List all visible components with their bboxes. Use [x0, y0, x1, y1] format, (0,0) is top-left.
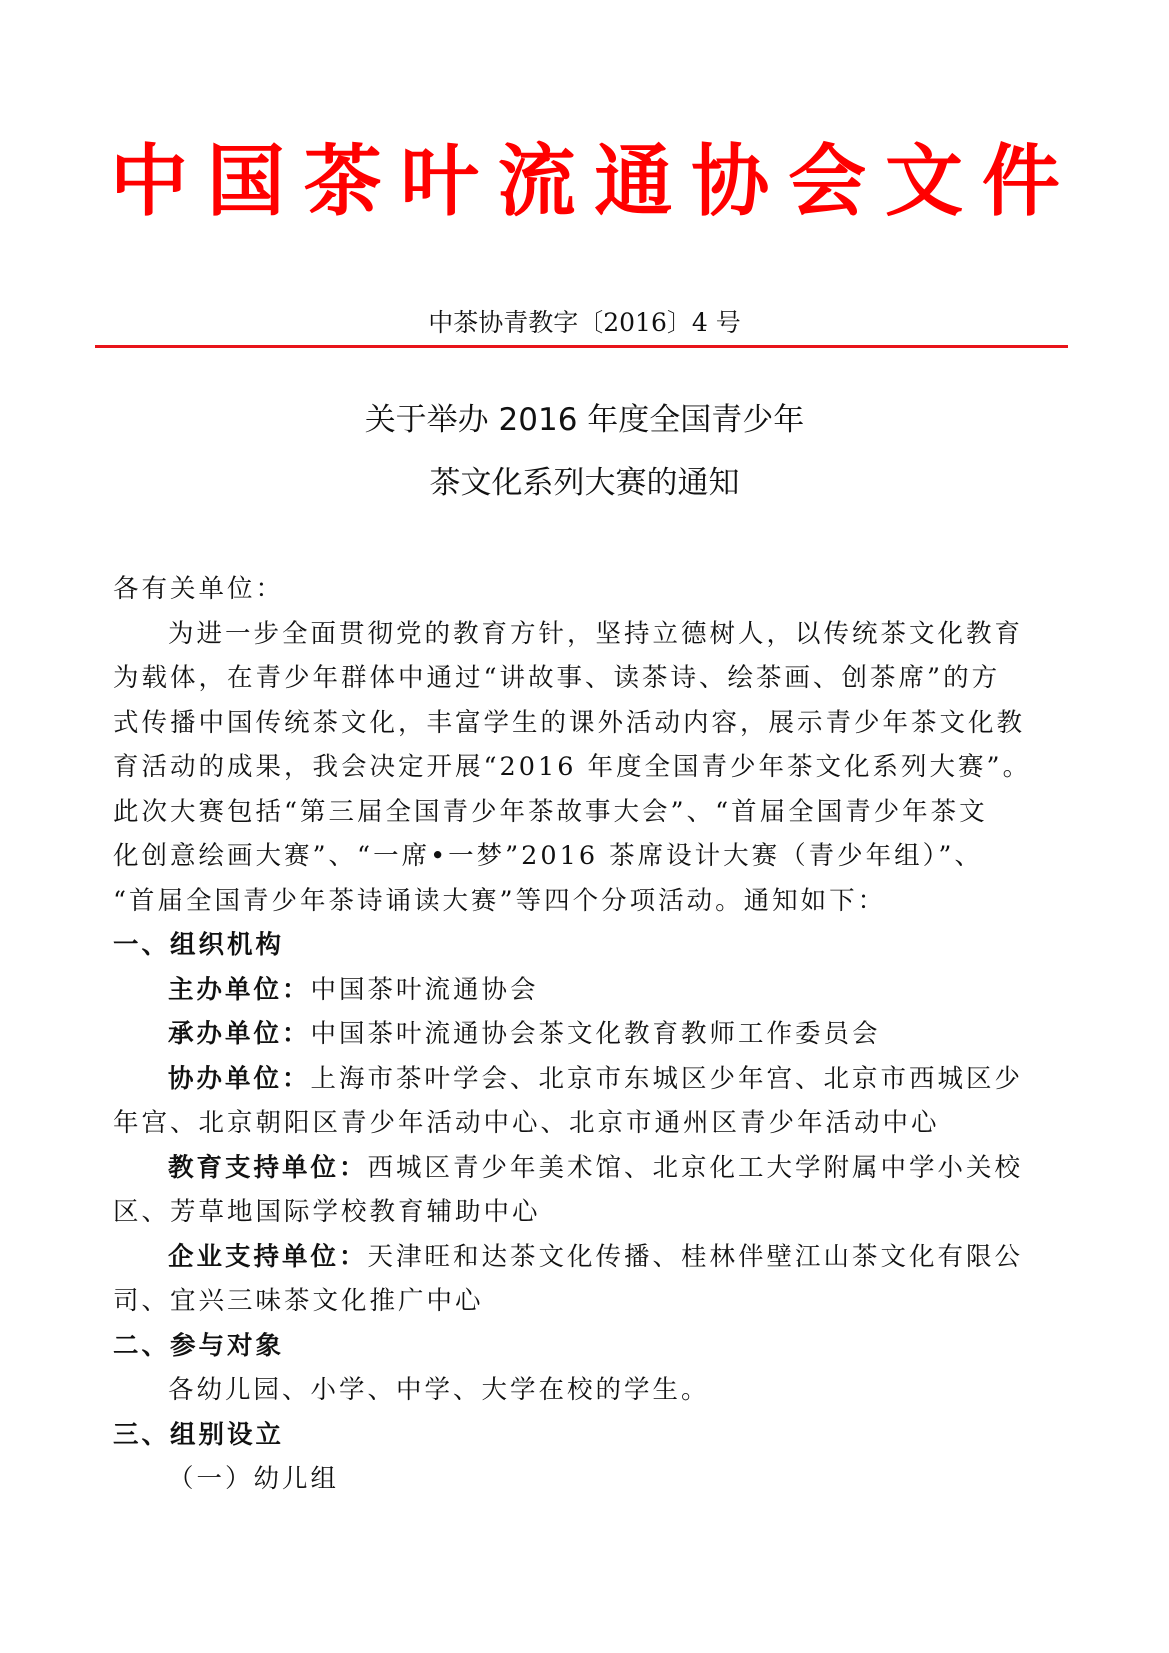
org-label: 主办单位： [168, 975, 311, 1005]
paragraph-line: 式传播中国传统茶文化，丰富学生的课外活动内容，展示青少年茶文化教 [113, 701, 1063, 746]
document-title-line-1: 关于举办 2016 年度全国青少年 [0, 400, 1169, 440]
salutation: 各有关单位： [113, 567, 1063, 612]
section-heading-organization: 一、组织机构 [113, 923, 1063, 968]
org-item-co-organizer: 协办单位：上海市茶叶学会、北京市东城区少年宫、北京市西城区少 [113, 1057, 1063, 1102]
org-value: 上海市茶叶学会、北京市东城区少年宫、北京市西城区少 [311, 1064, 1024, 1094]
paragraph-line: 化创意绘画大赛”、“一席•一梦”2016 茶席设计大赛（青少年组）”、 [113, 834, 1063, 879]
org-value-continued: 年宫、北京朝阳区青少年活动中心、北京市通州区青少年活动中心 [113, 1101, 1063, 1146]
masthead-char: 协 [691, 132, 769, 232]
org-label: 协办单位： [168, 1064, 311, 1094]
masthead-char: 件 [982, 132, 1060, 232]
paragraph-line: “首届全国青少年茶诗诵读大赛”等四个分项活动。通知如下： [113, 879, 1063, 924]
org-label: 承办单位： [168, 1019, 311, 1049]
section-heading-participants: 二、参与对象 [113, 1324, 1063, 1369]
document-page: 中 国 茶 叶 流 通 协 会 文 件 中茶协青教字〔2016〕4 号 关于举办… [0, 0, 1169, 1653]
section-heading-groups: 三、组别设立 [113, 1413, 1063, 1458]
masthead-char: 国 [207, 132, 285, 232]
org-item-organizer: 承办单位：中国茶叶流通协会茶文化教育教师工作委员会 [113, 1012, 1063, 1057]
org-item-education-support: 教育支持单位：西城区青少年美术馆、北京化工大学附属中学小关校 [113, 1146, 1063, 1191]
masthead-char: 茶 [304, 132, 382, 232]
masthead-char: 文 [885, 132, 963, 232]
red-divider-line [95, 345, 1068, 348]
org-label: 教育支持单位： [168, 1153, 368, 1183]
org-value-continued: 区、芳草地国际学校教育辅助中心 [113, 1190, 1063, 1235]
masthead-char: 中 [110, 132, 188, 232]
intro-paragraph: 为进一步全面贯彻党的教育方针，坚持立德树人，以传统茶文化教育 为载体，在青少年群… [113, 612, 1063, 924]
masthead-char: 会 [788, 132, 866, 232]
org-value: 西城区青少年美术馆、北京化工大学附属中学小关校 [368, 1153, 1024, 1183]
document-body: 各有关单位： 为进一步全面贯彻党的教育方针，坚持立德树人，以传统茶文化教育 为载… [113, 567, 1063, 1502]
org-value: 中国茶叶流通协会茶文化教育教师工作委员会 [311, 1019, 881, 1049]
paragraph-line: 育活动的成果，我会决定开展“2016 年度全国青少年茶文化系列大赛”。 [113, 745, 1063, 790]
paragraph-line: 为进一步全面贯彻党的教育方针，坚持立德树人，以传统茶文化教育 [113, 612, 1063, 657]
org-value: 天津旺和达茶文化传播、桂林伴壁江山茶文化有限公 [368, 1242, 1024, 1272]
org-value-continued: 司、宜兴三味茶文化推广中心 [113, 1279, 1063, 1324]
document-number: 中茶协青教字〔2016〕4 号 [0, 306, 1169, 340]
masthead-char: 叶 [401, 132, 479, 232]
paragraph-line: 此次大赛包括“第三届全国青少年茶故事大会”、“首届全国青少年茶文 [113, 790, 1063, 835]
masthead-char: 通 [594, 132, 672, 232]
org-item-host: 主办单位：中国茶叶流通协会 [113, 968, 1063, 1013]
group-item-kindergarten: （一）幼儿组 [113, 1457, 1063, 1502]
participants-text: 各幼儿园、小学、中学、大学在校的学生。 [113, 1368, 1063, 1413]
masthead-char: 流 [498, 132, 576, 232]
masthead-title: 中 国 茶 叶 流 通 协 会 文 件 [110, 132, 1060, 232]
document-title-line-2: 茶文化系列大赛的通知 [0, 463, 1169, 503]
org-item-enterprise-support: 企业支持单位：天津旺和达茶文化传播、桂林伴壁江山茶文化有限公 [113, 1235, 1063, 1280]
org-value: 中国茶叶流通协会 [311, 975, 539, 1005]
org-label: 企业支持单位： [168, 1242, 368, 1272]
paragraph-line: 为载体，在青少年群体中通过“讲故事、读茶诗、绘茶画、创茶席”的方 [113, 656, 1063, 701]
